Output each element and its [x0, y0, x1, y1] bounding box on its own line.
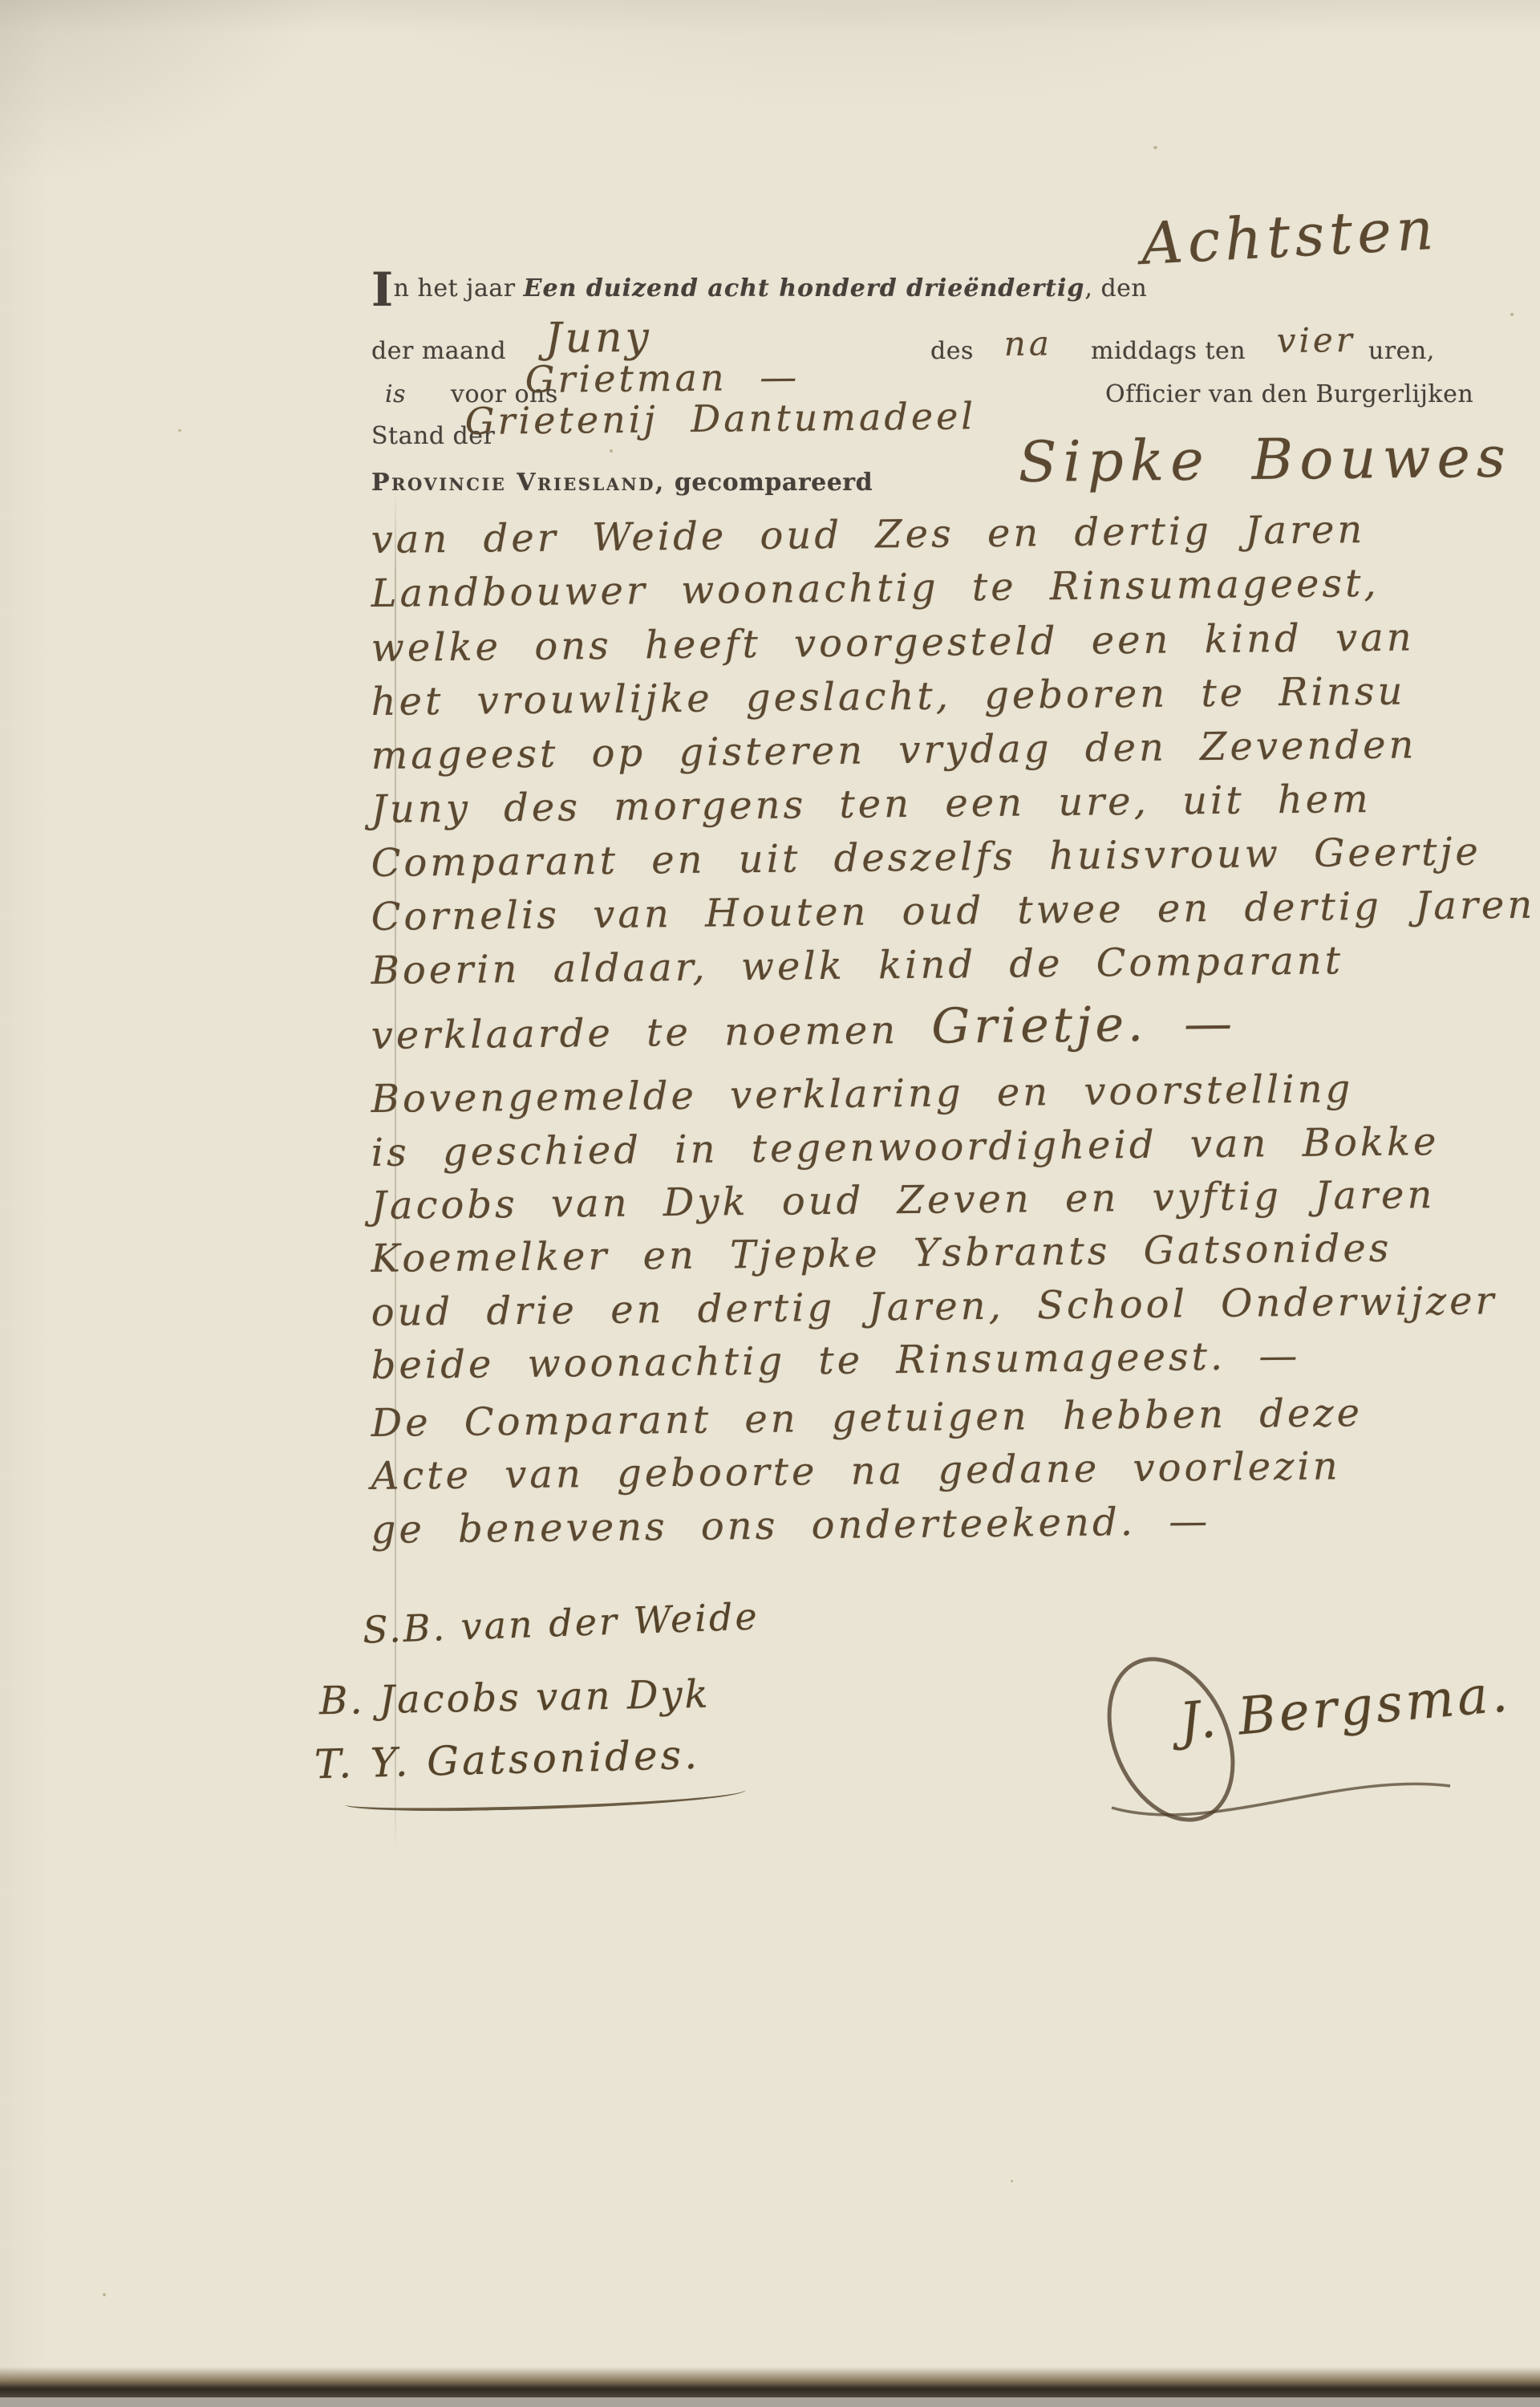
printed-year-italic: Een duizend acht honderd drieëndertig [524, 274, 1085, 302]
handwritten-day: Achtsten [1140, 195, 1440, 278]
paper-speck [610, 449, 613, 453]
handwritten-body-line: van der Weide oud Zes en dertig Jaren [371, 507, 1365, 562]
printed-provincie-vriesland: Provincie Vriesland, [371, 469, 666, 497]
handwritten-body-line: Koemelker en Tjepke Ysbrants Gatsonides [371, 1226, 1392, 1281]
handwritten-body-line: Boerin aldaar, welk kind de Comparant [371, 938, 1343, 993]
handwritten-month: Juny [545, 314, 652, 363]
handwritten-body-line: De Comparant en getuigen hebben deze [371, 1390, 1363, 1446]
scanner-bed-strip [0, 2397, 1540, 2407]
printed-officier: Officier van den Burgerlijken [1105, 380, 1473, 408]
page-bottom-edge [0, 2367, 1540, 2397]
handwritten-body-line: ge benevens ons onderteekend. — [371, 1499, 1210, 1553]
printed-provincie-line: Provincie Vriesland, gecompareerd [371, 469, 873, 497]
handwritten-body-line: Cornelis van Houten oud twee en dertig J… [371, 883, 1535, 940]
handwritten-comparant-name: Sipke Bouwes [1018, 424, 1512, 495]
printed-line-year: In het jaar Een duizend acht honderd dri… [371, 271, 1147, 308]
handwritten-body-line: het vrouwlijke geslacht, geboren te Rins… [371, 668, 1405, 725]
ornate-initial-I: I [371, 262, 394, 317]
printed-is: is [385, 380, 406, 408]
handwritten-body-line: welke ons heeft voorgesteld een kind van [371, 615, 1414, 671]
signature-underline-flourish [345, 1781, 747, 1813]
printed-uren: uren, [1368, 337, 1435, 365]
document-page: In het jaar Een duizend acht honderd dri… [0, 0, 1540, 2407]
printed-middags-ten: middags ten [1091, 337, 1246, 365]
signature-witness1: B. Jacobs van Dyk [319, 1672, 711, 1724]
handwritten-body-line: Comparant en uit deszelfs huisvrouw Geer… [371, 830, 1481, 886]
signature-comparant: S.B. van der Weide [362, 1594, 760, 1651]
handwritten-body-line: beide woonachtig te Rinsumageest. — [371, 1333, 1300, 1388]
handwritten-na: na [1003, 323, 1052, 363]
handwritten-grietman: Grietman — [525, 355, 800, 401]
printed-text: , den [1084, 274, 1147, 302]
handwritten-body-line: Acte van geboorte na gedane voorlezin [371, 1443, 1341, 1499]
paper-speck [1011, 2180, 1013, 2182]
handwritten-child-name: Grietje. — [931, 996, 1236, 1055]
paper-speck [178, 429, 181, 432]
handwritten-body-line: verklaarde te noemen [371, 1008, 898, 1058]
handwritten-vier: vier [1276, 320, 1356, 360]
handwritten-body-line: is geschied in tegenwoordigheid van Bokk… [371, 1119, 1439, 1175]
handwritten-body-line: oud drie en dertig Jaren, School Onderwi… [371, 1278, 1497, 1335]
handwritten-body-line: Landbouwer woonachtig te Rinsumageest, [371, 561, 1379, 616]
printed-der-maand: der maand [371, 337, 506, 365]
printed-text: n het jaar [394, 274, 524, 302]
handwritten-body-line: mageest op gisteren vrydag den Zevenden [371, 722, 1416, 778]
paper-speck [103, 2293, 106, 2296]
handwritten-naming-line: verklaarde te noemen Grietje. — [371, 996, 1236, 1061]
signature-witness2: T. Y. Gatsonides. [314, 1731, 700, 1788]
printed-des: des [930, 337, 974, 365]
handwritten-body-line: Juny des morgens ten een ure, uit hem [371, 777, 1372, 832]
paper-speck [1510, 313, 1514, 316]
printed-gecompareerd: gecompareerd [666, 469, 873, 497]
handwritten-body-line: Bovengemelde verklaring en voorstelling [371, 1066, 1353, 1122]
handwritten-grietenij: Grietenij Dantumadeel [464, 394, 976, 443]
handwritten-body-line: Jacobs van Dyk oud Zeven en vyftig Jaren [371, 1172, 1435, 1228]
paper-speck [1153, 146, 1157, 149]
